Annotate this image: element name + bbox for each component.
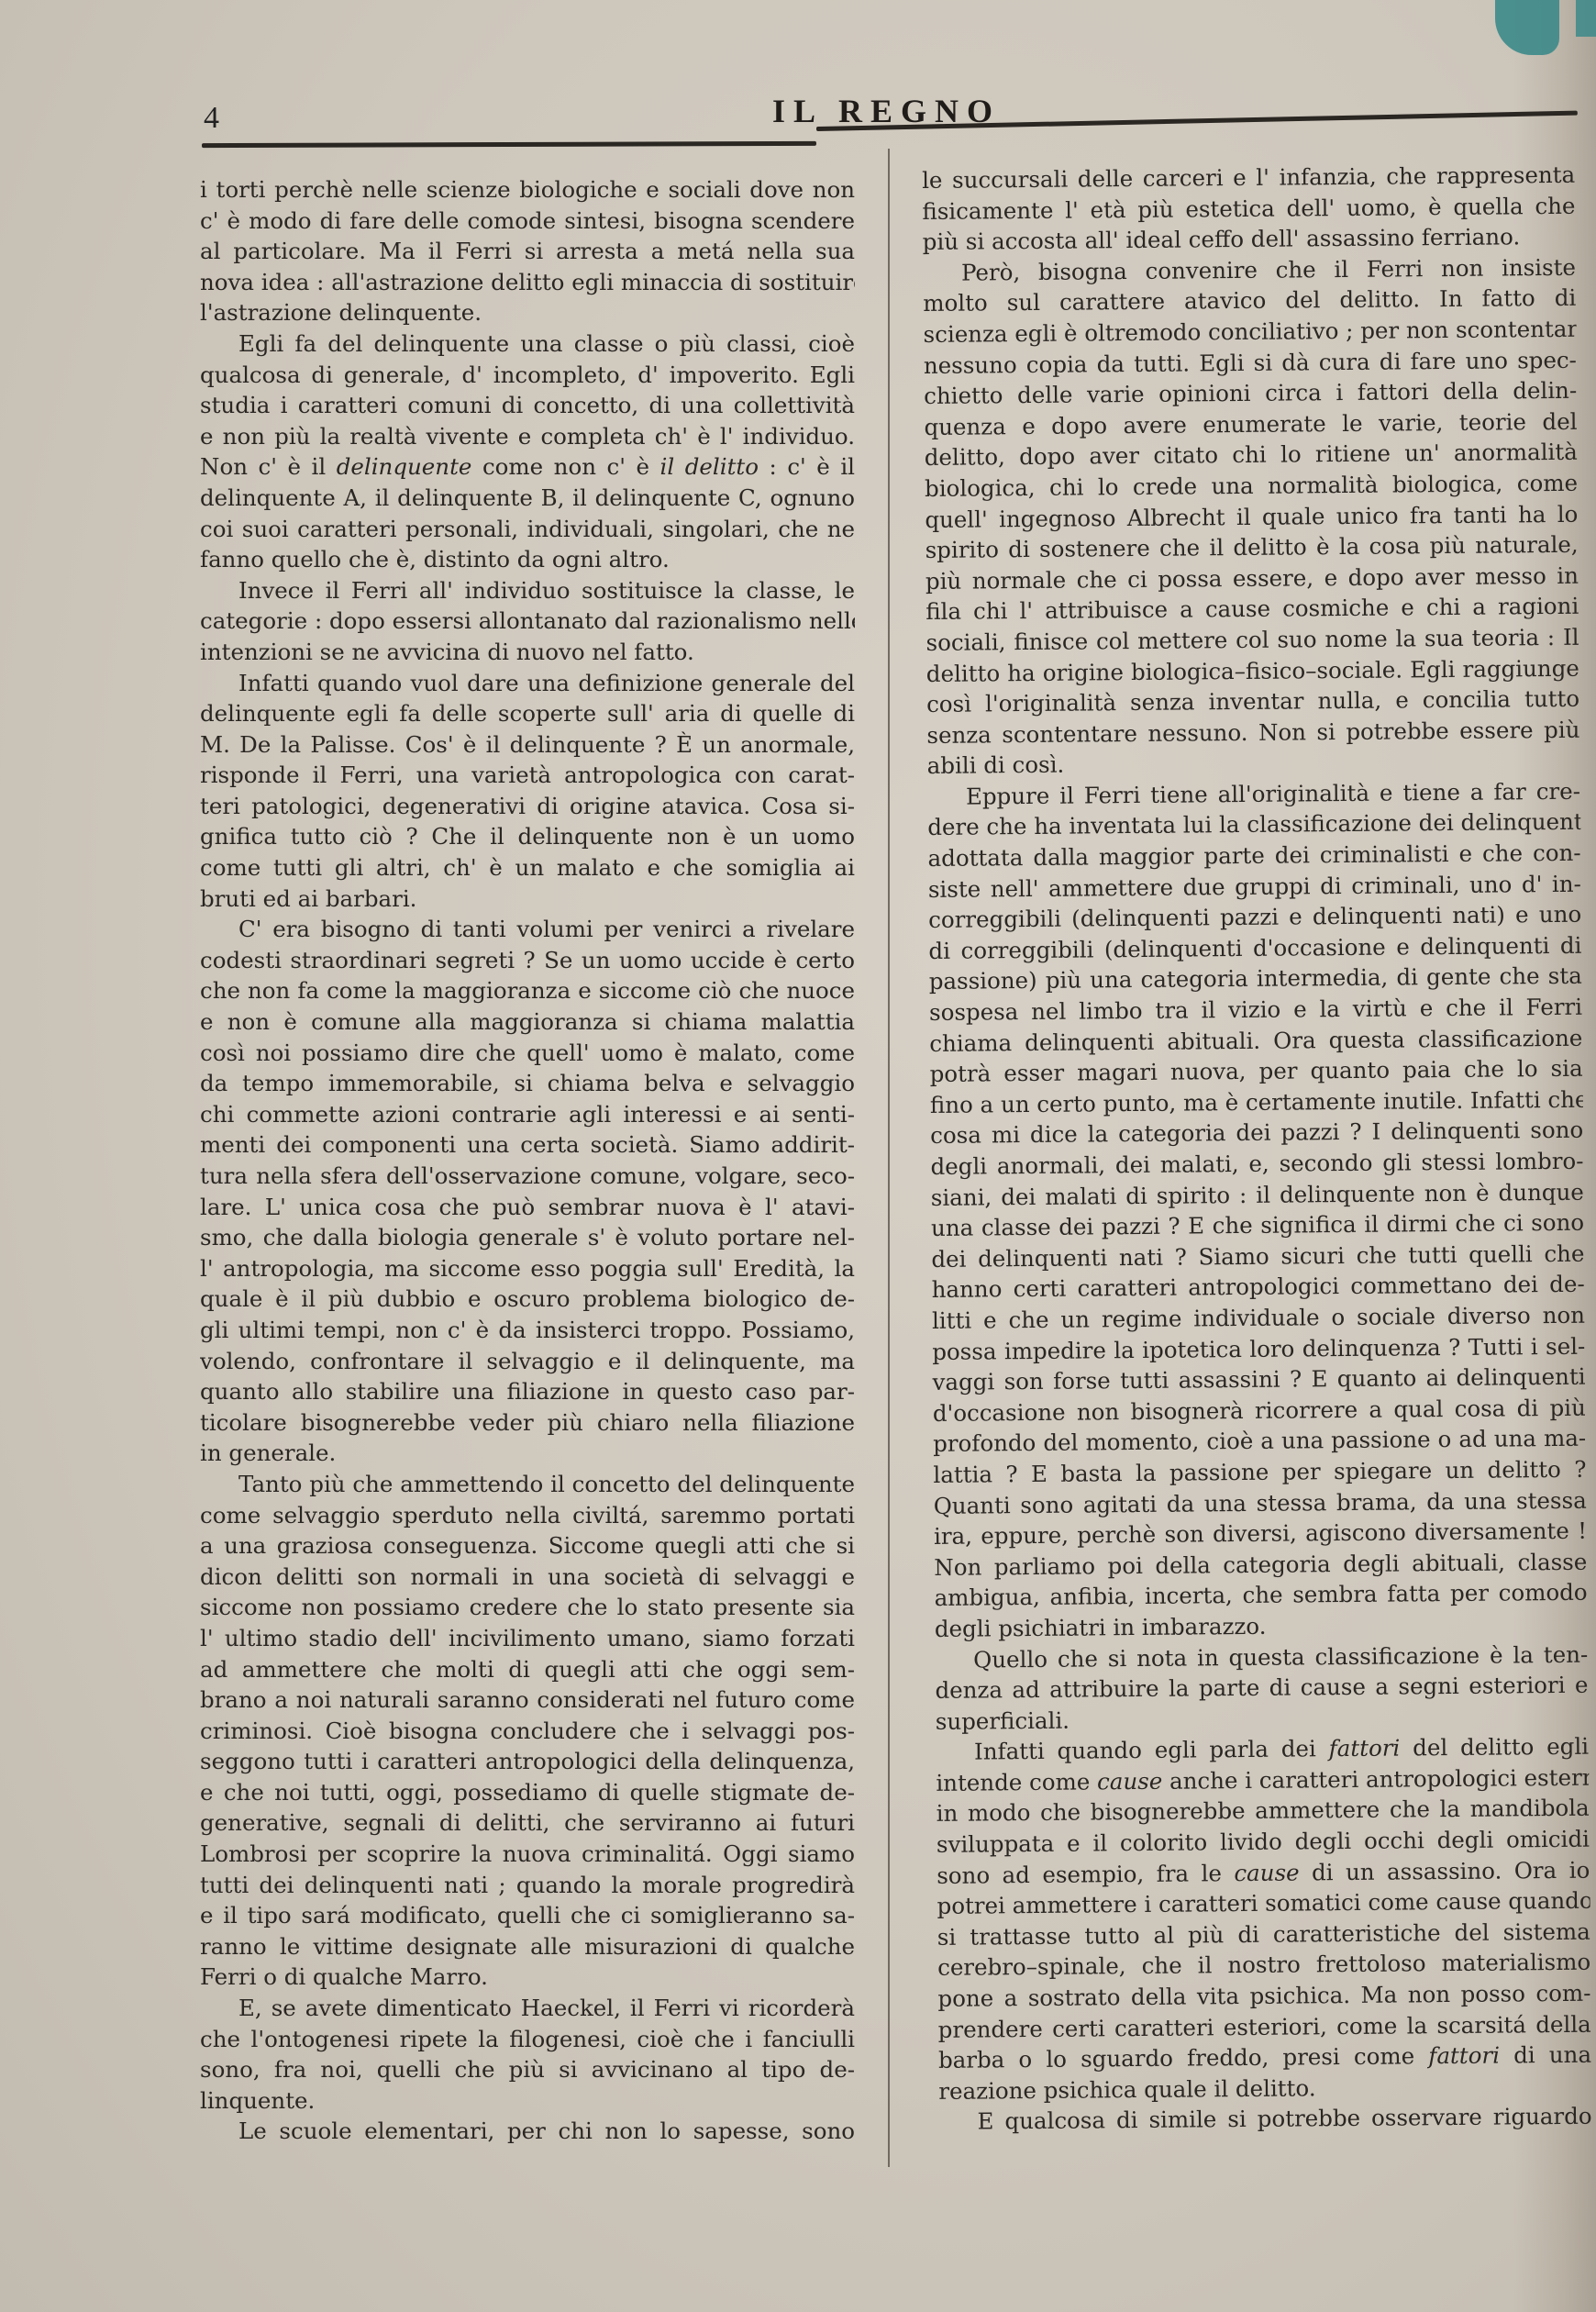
text-line: ad ammettere che molti di quegli atti ch…	[200, 1654, 855, 1685]
text-line: e non è comune alla maggioranza si chiam…	[200, 1006, 855, 1038]
text-line: così noi possiamo dire che quell' uomo è…	[200, 1038, 855, 1069]
text-line: gnifica tutto ciò ? Che il delinquente n…	[200, 821, 855, 852]
text-line: tutti dei delinquenti nati ; quando la m…	[200, 1870, 855, 1901]
text-line: da tempo immemorabile, si chiama belva e…	[200, 1068, 855, 1099]
text-line: tura nella sfera dell'osservazione comun…	[200, 1161, 855, 1192]
text-line: smo, che dalla biologia generale s' è vo…	[200, 1222, 855, 1253]
text-line: criminosi. Cioè bisogna concludere che i…	[200, 1716, 855, 1747]
text-line: sono, fra noi, quelli che più si avvicin…	[200, 2054, 855, 2085]
text-line: fanno quello che è, distinto da ogni alt…	[200, 544, 855, 575]
text-line: l' ultimo stadio dell' incivilimento uma…	[200, 1623, 855, 1654]
text-line: qualcosa di generale, d' incompleto, d' …	[200, 360, 855, 391]
text-line: e che noi tutti, oggi, possediamo di que…	[200, 1777, 855, 1808]
text-line: menti dei componenti una certa società. …	[200, 1129, 855, 1161]
text-line: i torti perchè nelle scienze biologiche …	[200, 174, 855, 206]
text-line: litti e che un regime individuale o soci…	[932, 1300, 1585, 1337]
text-line: come tutti gli altri, ch' è un malato e …	[200, 852, 855, 884]
text-line: quanto allo stabilire una filiazione in …	[200, 1376, 855, 1407]
text-line: e il tipo sará modificato, quelli che ci…	[200, 1900, 855, 1931]
text-line: bruti ed ai barbari.	[200, 884, 855, 915]
text-line: Infatti quando vuol dare una definizione…	[200, 668, 855, 699]
text-line: delinquente A, il delinquente B, il deli…	[200, 483, 855, 514]
text-line: ranno le vittime designate alle misurazi…	[200, 1931, 855, 1962]
text-line: che non fa come la maggioranza e siccome…	[200, 975, 855, 1006]
text-line: M. De la Palisse. Cos' è il delinquente …	[200, 729, 855, 761]
text-line: ticolare bisognerebbe veder più chiaro n…	[200, 1407, 855, 1439]
text-line: chi commette azioni contrarie agli inter…	[200, 1099, 855, 1130]
text-line: brano a noi naturali saranno considerati…	[200, 1684, 855, 1716]
text-line: generative, segnali di delitti, che serv…	[200, 1807, 855, 1839]
text-line: categorie : dopo essersi allontanato dal…	[200, 606, 855, 637]
text-line: senza scontentare nessuno. Non si potreb…	[926, 714, 1579, 750]
text-line: a una graziosa conseguenza. Siccome queg…	[200, 1530, 855, 1562]
text-line: in generale.	[200, 1438, 855, 1469]
text-line: sviluppata e il colorito livido degli oc…	[937, 1824, 1590, 1861]
text-line: lattia ? E basta la passione per spiegar…	[933, 1454, 1586, 1491]
text-line: dicon delitti son normali in una società…	[200, 1562, 855, 1593]
text-line: risponde il Ferri, una varietà antropolo…	[200, 760, 855, 791]
text-line: biologica, chi lo crede una normalità bi…	[925, 468, 1578, 505]
text-line: E qualcosa di simile si potrebbe osserva…	[938, 2101, 1591, 2138]
text-line: lare. L' unica cosa che può sembrar nuov…	[200, 1192, 855, 1223]
text-line: c' è modo di fare delle comode sintesi, …	[200, 206, 855, 237]
text-line: Tanto più che ammettendo il concetto del…	[200, 1469, 855, 1500]
text-line: sospesa nel limbo tra il vizio e la virt…	[929, 992, 1582, 1028]
text-line: degli anormali, dei malati, e, secondo g…	[930, 1146, 1583, 1183]
text-line: seggono tutti i caratteri antropologici …	[200, 1746, 855, 1777]
text-column-right: le succursali delle carceri e l' infanzi…	[922, 160, 1592, 2138]
text-line: delinquente egli fa delle scoperte sull'…	[200, 698, 855, 729]
text-line: gli ultimi tempi, non c' è da insisterci…	[200, 1315, 855, 1346]
text-line: Egli fa del delinquente una classe o più…	[200, 328, 855, 360]
text-line: Non c' è il delinquente come non c' è il…	[200, 451, 855, 483]
text-line: pone a sostrato della vita psichica. Ma …	[937, 1978, 1590, 2015]
text-line: denza ad attribuire la parte di cause a …	[935, 1670, 1588, 1706]
text-line: C' era bisogno di tanti volumi per venir…	[200, 914, 855, 945]
column-divider	[888, 149, 890, 2167]
text-line: codesti straordinari segreti ? Se un uom…	[200, 945, 855, 976]
text-line: teri patologici, degenerativi di origine…	[200, 791, 855, 822]
torn-corner-tab-edge	[1576, 0, 1596, 37]
text-line: Ferri o di qualche Marro.	[200, 1962, 855, 1993]
text-line: Le scuole elementari, per chi non lo sap…	[200, 2116, 855, 2147]
text-line: barba o lo sguardo freddo, presi come fa…	[938, 2040, 1591, 2076]
text-line: scienza egli è oltremodo conciliativo ; …	[923, 314, 1576, 350]
text-column-left: i torti perchè nelle scienze biologiche …	[200, 174, 855, 2147]
text-line: studia i caratteri comuni di concetto, d…	[200, 390, 855, 421]
text-line: come selvaggio sperduto nella civiltá, s…	[200, 1500, 855, 1531]
newspaper-page: 4 IL REGNO i torti perchè nelle scienze …	[0, 0, 1596, 2312]
torn-corner-tab	[1495, 0, 1559, 55]
text-line: quale è il più dubbio e oscuro problema …	[200, 1284, 855, 1315]
text-line: Invece il Ferri all' individuo sostituis…	[200, 575, 855, 606]
text-line: l' antropologia, ma siccome esso poggia …	[200, 1253, 855, 1284]
text-line: le succursali delle carceri e l' infanzi…	[922, 160, 1575, 196]
text-line: ambigua, anfibia, incerta, che sembra fa…	[934, 1577, 1587, 1614]
text-line: sociali, finisce col mettere col suo nom…	[925, 622, 1579, 659]
text-line: volendo, confrontare il selvaggio e il d…	[200, 1346, 855, 1377]
text-line: intenzioni se ne avvicina di nuovo nel f…	[200, 637, 855, 668]
text-line: l'astrazione delinquente.	[200, 297, 855, 328]
text-line: al particolare. Ma il Ferri si arresta a…	[200, 236, 855, 267]
text-line: coi suoi caratteri personali, individual…	[200, 514, 855, 545]
text-line: nova idea : all'astrazione delitto egli …	[200, 267, 855, 298]
text-line: adottata dalla maggior parte dei crimina…	[927, 838, 1580, 874]
text-line: che l'ontogenesi ripete la filogenesi, c…	[200, 2024, 855, 2055]
text-line: Lombrosi per scoprire la nuova criminali…	[200, 1839, 855, 1870]
text-line: E, se avete dimenticato Haeckel, il Ferr…	[200, 1993, 855, 2024]
text-line: linquente.	[200, 2085, 855, 2117]
text-line: e non più la realtà vivente e completa c…	[200, 421, 855, 452]
text-line: siccome non possiamo credere che lo stat…	[200, 1592, 855, 1623]
page-number: 4	[204, 101, 219, 136]
